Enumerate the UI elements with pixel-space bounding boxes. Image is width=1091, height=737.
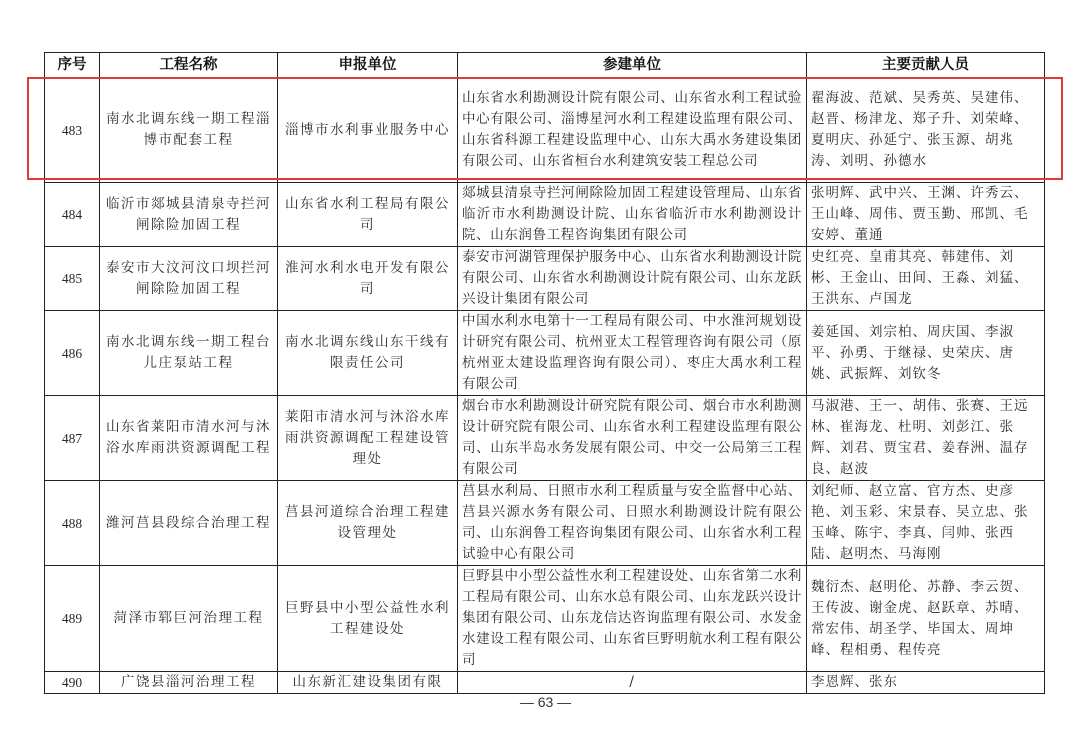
- table-row: 484 临沂市郯城县清泉寺拦河闸除险加固工程 山东省水利工程局有限公司 郯城县清…: [45, 183, 1045, 247]
- cell-main-contributors: 刘纪师、赵立富、官方杰、史彦艳、刘玉彩、宋景春、吴立忠、张玉峰、陈宇、李真、闫帅…: [807, 481, 1045, 566]
- cell-no: 483: [45, 78, 100, 183]
- cell-applicant-unit: 山东新汇建设集团有限: [278, 672, 458, 694]
- cell-no: 484: [45, 183, 100, 247]
- cell-project-name: 广饶县淄河治理工程: [100, 672, 278, 694]
- page-number: — 63 —: [0, 694, 1091, 710]
- cell-no: 490: [45, 672, 100, 694]
- cell-applicant-unit: 莒县河道综合治理工程建设管理处: [278, 481, 458, 566]
- cell-participating-units: 烟台市水利勘测设计研究院有限公司、烟台市水利勘测设计研究院有限公司、山东省水利工…: [458, 396, 807, 481]
- cell-main-contributors: 史红亮、皇甫其亮、韩建伟、刘彬、王金山、田间、王淼、刘猛、王洪东、卢国龙: [807, 247, 1045, 311]
- header-project-name: 工程名称: [100, 53, 278, 78]
- cell-main-contributors: 姜延国、刘宗柏、周庆国、李淑平、孙勇、于继禄、史荣庆、唐姚、武振辉、刘钦冬: [807, 311, 1045, 396]
- cell-no: 485: [45, 247, 100, 311]
- cell-no: 488: [45, 481, 100, 566]
- table-row: 487 山东省莱阳市清水河与沐浴水库雨洪资源调配工程 莱阳市清水河与沐浴水库雨洪…: [45, 396, 1045, 481]
- cell-project-name: 临沂市郯城县清泉寺拦河闸除险加固工程: [100, 183, 278, 247]
- cell-project-name: 潍河莒县段综合治理工程: [100, 481, 278, 566]
- table-row: 489 菏泽市郓巨河治理工程 巨野县中小型公益性水利工程建设处 巨野县中小型公益…: [45, 566, 1045, 672]
- cell-project-name: 菏泽市郓巨河治理工程: [100, 566, 278, 672]
- cell-applicant-unit: 淮河水利水电开发有限公司: [278, 247, 458, 311]
- cell-participating-units: 郯城县清泉寺拦河闸除险加固工程建设管理局、山东省临沂市水利勘测设计院、山东省临沂…: [458, 183, 807, 247]
- header-applicant-unit: 申报单位: [278, 53, 458, 78]
- cell-participating-units: 巨野县中小型公益性水利工程建设处、山东省第二水利工程局有限公司、山东水总有限公司…: [458, 566, 807, 672]
- cell-project-name: 山东省莱阳市清水河与沐浴水库雨洪资源调配工程: [100, 396, 278, 481]
- header-participating-units: 参建单位: [458, 53, 807, 78]
- table-row: 485 泰安市大汶河汶口坝拦河闸除险加固工程 淮河水利水电开发有限公司 泰安市河…: [45, 247, 1045, 311]
- cell-main-contributors: 马淑港、王一、胡伟、张赛、王远林、崔海龙、杜明、刘彭江、张辉、刘君、贾宝君、姜春…: [807, 396, 1045, 481]
- cell-no: 486: [45, 311, 100, 396]
- cell-project-name: 南水北调东线一期工程淄博市配套工程: [100, 78, 278, 183]
- awards-table: 序号 工程名称 申报单位 参建单位 主要贡献人员 483 南水北调东线一期工程淄…: [44, 52, 1045, 694]
- cell-applicant-unit: 山东省水利工程局有限公司: [278, 183, 458, 247]
- cell-participating-units: 山东省水利勘测设计院有限公司、山东省水利工程试验中心有限公司、淄博星河水利工程建…: [458, 78, 807, 183]
- header-no: 序号: [45, 53, 100, 78]
- cell-applicant-unit: 巨野县中小型公益性水利工程建设处: [278, 566, 458, 672]
- cell-applicant-unit: 南水北调东线山东干线有限责任公司: [278, 311, 458, 396]
- table-row: 490 广饶县淄河治理工程 山东新汇建设集团有限 / 李恩辉、张东: [45, 672, 1045, 694]
- cell-main-contributors: 翟海波、范斌、吴秀英、吴建伟、赵晋、杨津龙、郑子升、刘荣峰、夏明庆、孙延宁、张玉…: [807, 78, 1045, 183]
- cell-project-name: 泰安市大汶河汶口坝拦河闸除险加固工程: [100, 247, 278, 311]
- cell-main-contributors: 李恩辉、张东: [807, 672, 1045, 694]
- header-main-contributors: 主要贡献人员: [807, 53, 1045, 78]
- cell-applicant-unit: 淄博市水利事业服务中心: [278, 78, 458, 183]
- cell-main-contributors: 张明辉、武中兴、王渊、许秀云、王山峰、周伟、贾玉勤、邢凯、毛安婷、董通: [807, 183, 1045, 247]
- cell-main-contributors: 魏衍杰、赵明伦、苏静、李云贺、王传波、谢金虎、赵跃章、苏晴、常宏伟、胡圣学、毕国…: [807, 566, 1045, 672]
- table-row: 488 潍河莒县段综合治理工程 莒县河道综合治理工程建设管理处 莒县水利局、日照…: [45, 481, 1045, 566]
- table-row: 486 南水北调东线一期工程台儿庄泵站工程 南水北调东线山东干线有限责任公司 中…: [45, 311, 1045, 396]
- cell-participating-units: 中国水利水电第十一工程局有限公司、中水淮河规划设计研究有限公司、杭州亚太工程管理…: [458, 311, 807, 396]
- cell-project-name: 南水北调东线一期工程台儿庄泵站工程: [100, 311, 278, 396]
- table-header-row: 序号 工程名称 申报单位 参建单位 主要贡献人员: [45, 53, 1045, 78]
- cell-participating-units: 泰安市河湖管理保护服务中心、山东省水利勘测设计院有限公司、山东省水利勘测设计院有…: [458, 247, 807, 311]
- table-row: 483 南水北调东线一期工程淄博市配套工程 淄博市水利事业服务中心 山东省水利勘…: [45, 78, 1045, 183]
- cell-applicant-unit: 莱阳市清水河与沐浴水库雨洪资源调配工程建设管理处: [278, 396, 458, 481]
- cell-participating-units: /: [458, 672, 807, 694]
- cell-participating-units: 莒县水利局、日照市水利工程质量与安全监督中心站、莒县兴源水务有限公司、日照水利勘…: [458, 481, 807, 566]
- cell-no: 489: [45, 566, 100, 672]
- cell-no: 487: [45, 396, 100, 481]
